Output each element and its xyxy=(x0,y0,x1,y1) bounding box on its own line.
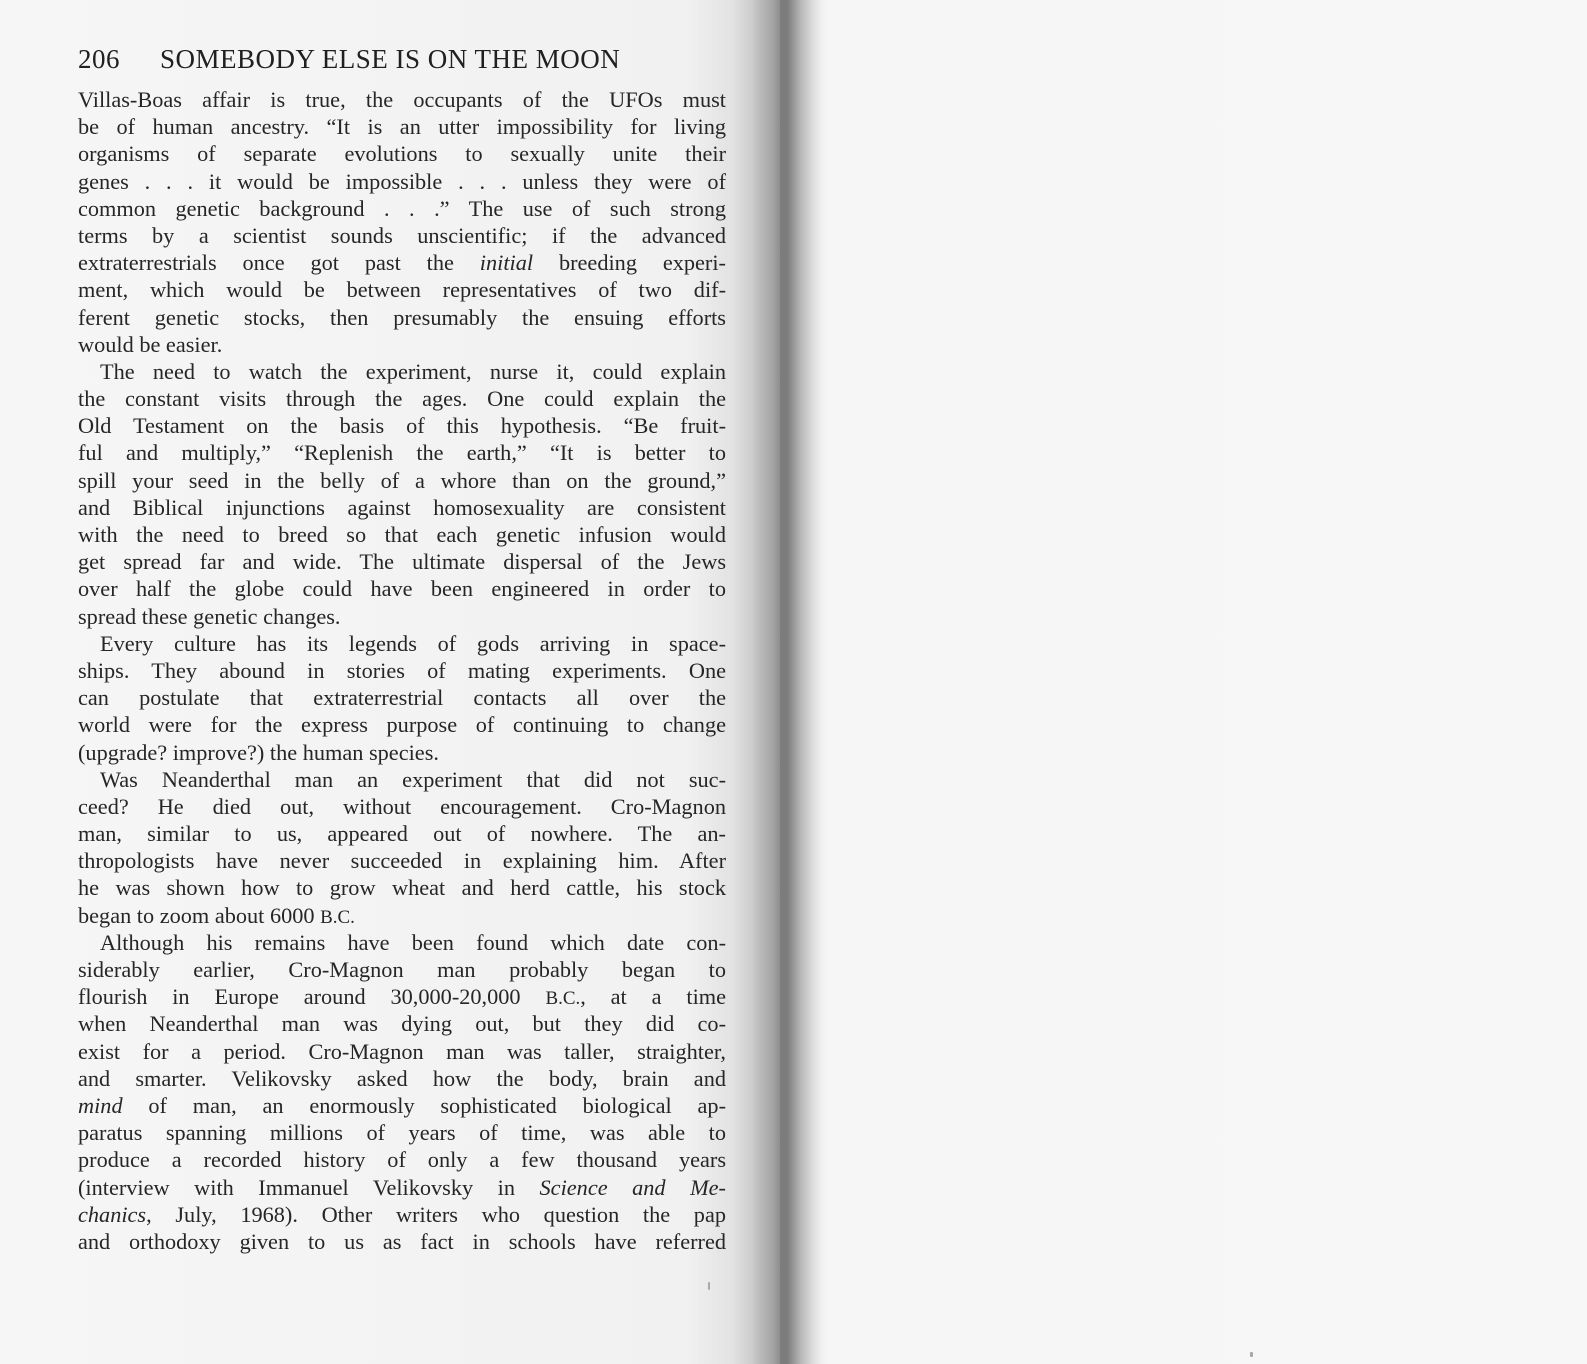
text-line: chanics, July, 1968). Other writers who … xyxy=(78,1201,726,1228)
left-page: 206SOMEBODY ELSE IS ON THE MOON Villas-B… xyxy=(0,0,780,1364)
left-page-body: Villas-Boas affair is true, the occupant… xyxy=(78,86,726,1255)
left-page-number: 206 xyxy=(78,44,160,75)
text-line: the constant visits through the ages. On… xyxy=(78,385,726,412)
text-line: he was shown how to grow wheat and herd … xyxy=(78,874,726,901)
text-line: get spread far and wide. The ultimate di… xyxy=(78,548,726,575)
text-line: siderably earlier, Cro-Magnon man probab… xyxy=(78,956,726,983)
text-line: man, similar to us, appeared out of nowh… xyxy=(78,820,726,847)
left-running-head: 206SOMEBODY ELSE IS ON THE MOON xyxy=(78,44,718,75)
text-line: and Biblical injunctions against homosex… xyxy=(78,494,726,521)
text-line: spill your seed in the belly of a whore … xyxy=(78,467,726,494)
text-line: with the need to breed so that each gene… xyxy=(78,521,726,548)
text-line: world were for the express purpose of co… xyxy=(78,711,726,738)
text-line: terms by a scientist sounds unscientific… xyxy=(78,222,726,249)
text-line: can postulate that extraterrestrial cont… xyxy=(78,684,726,711)
text-line: ment, which would be between representat… xyxy=(78,276,726,303)
scan-speck xyxy=(708,1282,710,1290)
right-page: SOMEBODY ELSE IS ON THE MOON207 to the s… xyxy=(780,0,1587,1364)
text-line: and smarter. Velikovsky asked how the bo… xyxy=(78,1065,726,1092)
text-line: spread these genetic changes. xyxy=(78,603,726,630)
text-line: genes . . . it would be impossible . . .… xyxy=(78,168,726,195)
text-line: organisms of separate evolutions to sexu… xyxy=(78,140,726,167)
text-line: Villas-Boas affair is true, the occupant… xyxy=(78,86,726,113)
text-line: ferent genetic stocks, then presumably t… xyxy=(78,304,726,331)
text-line: ships. They abound in stories of mating … xyxy=(78,657,726,684)
text-line: Was Neanderthal man an experiment that d… xyxy=(78,766,726,793)
scan-speck xyxy=(1250,1352,1253,1357)
text-line: (interview with Immanuel Velikovsky in S… xyxy=(78,1174,726,1201)
text-line: paratus spanning millions of years of ti… xyxy=(78,1119,726,1146)
left-running-head-title: SOMEBODY ELSE IS ON THE MOON xyxy=(160,44,620,74)
text-line: thropologists have never succeeded in ex… xyxy=(78,847,726,874)
text-line: Old Testament on the basis of this hypot… xyxy=(78,412,726,439)
text-line: mind of man, an enormously sophisticated… xyxy=(78,1092,726,1119)
text-line: The need to watch the experiment, nurse … xyxy=(78,358,726,385)
text-line: extraterrestrials once got past the init… xyxy=(78,249,726,276)
text-line: began to zoom about 6000 B.C. xyxy=(78,902,726,929)
text-line: ceed? He died out, without encouragement… xyxy=(78,793,726,820)
text-line: over half the globe could have been engi… xyxy=(78,575,726,602)
text-line: exist for a period. Cro-Magnon man was t… xyxy=(78,1038,726,1065)
text-line: and orthodoxy given to us as fact in sch… xyxy=(78,1228,726,1255)
text-line: (upgrade? improve?) the human species. xyxy=(78,739,726,766)
text-line: when Neanderthal man was dying out, but … xyxy=(78,1010,726,1037)
text-line: produce a recorded history of only a few… xyxy=(78,1146,726,1173)
text-line: Every culture has its legends of gods ar… xyxy=(78,630,726,657)
text-line: Although his remains have been found whi… xyxy=(78,929,726,956)
text-line: be of human ancestry. “It is an utter im… xyxy=(78,113,726,140)
text-line: common genetic background . . .” The use… xyxy=(78,195,726,222)
text-line: ful and multiply,” “Replenish the earth,… xyxy=(78,439,726,466)
text-line: flourish in Europe around 30,000-20,000 … xyxy=(78,983,726,1010)
text-line: would be easier. xyxy=(78,331,726,358)
